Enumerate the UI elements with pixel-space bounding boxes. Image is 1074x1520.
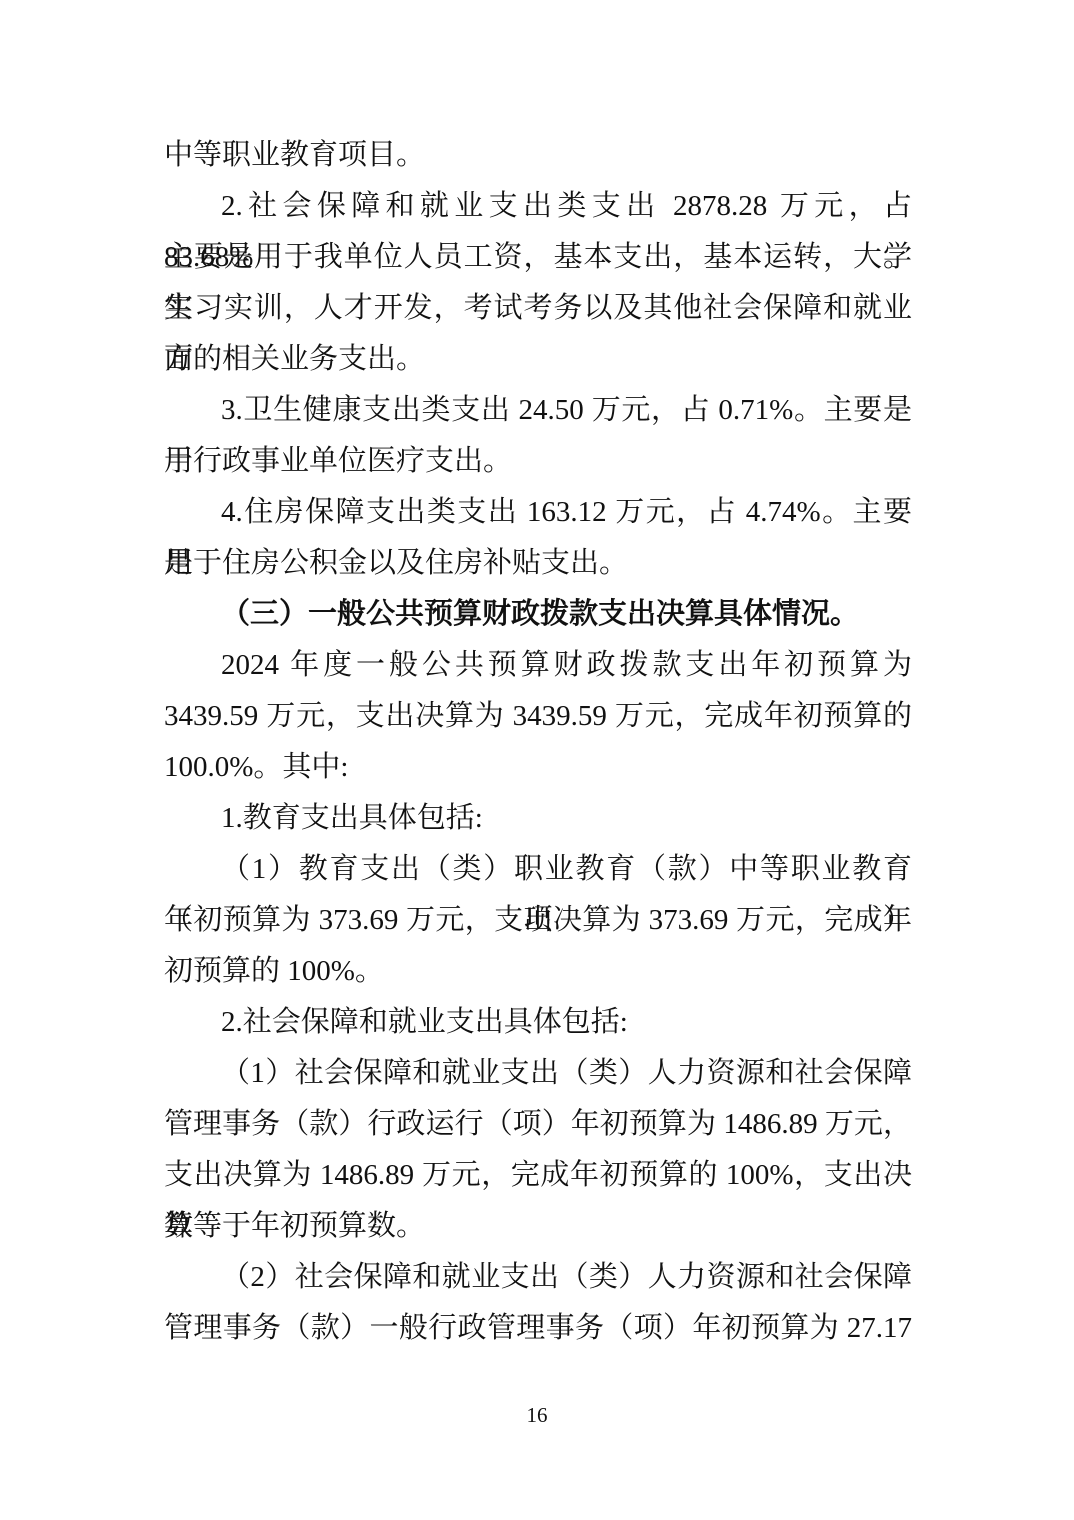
text-line: 管理事务（款）一般行政管理事务（项）年初预算为 27.17	[164, 1303, 912, 1354]
text-line: 主要是用于我单位人员工资，基本支出，基本运转，大学生	[164, 232, 912, 283]
text-line: （1）教育支出（类）职业教育（款）中等职业教育（项）	[164, 844, 912, 895]
text-line: 初预算的 100%。	[164, 946, 912, 997]
document-body: 中等职业教育项目。2.社会保障和就业支出类支出 2878.28 万元，占 83.…	[164, 130, 912, 1354]
text-line: 2.社会保障和就业支出具体包括:	[164, 997, 912, 1048]
text-line: 支出决算为 1486.89 万元，完成年初预算的 100%，支出决算	[164, 1150, 912, 1201]
text-line: （三）一般公共预算财政拨款支出决算具体情况。	[164, 589, 912, 640]
page-number: 16	[0, 1400, 1074, 1430]
text-line: 中等职业教育项目。	[164, 130, 912, 181]
text-line: 1.教育支出具体包括:	[164, 793, 912, 844]
text-line: 面的相关业务支出。	[164, 334, 912, 385]
text-line: （1）社会保障和就业支出（类）人力资源和社会保障	[164, 1048, 912, 1099]
text-line: 用于住房公积金以及住房补贴支出。	[164, 538, 912, 589]
text-line: 2.社会保障和就业支出类支出 2878.28 万元，占 83.68%。	[164, 181, 912, 232]
text-line: 4.住房保障支出类支出 163.12 万元，占 4.74%。主要是	[164, 487, 912, 538]
document-page: 中等职业教育项目。2.社会保障和就业支出类支出 2878.28 万元，占 83.…	[0, 0, 1074, 1520]
text-line: 年初预算为 373.69 万元，支出决算为 373.69 万元，完成年	[164, 895, 912, 946]
text-line: 于行政事业单位医疗支出。	[164, 436, 912, 487]
text-line: 数等于年初预算数。	[164, 1201, 912, 1252]
text-line: 3439.59 万元，支出决算为 3439.59 万元，完成年初预算的	[164, 691, 912, 742]
text-line: 实习实训，人才开发，考试考务以及其他社会保障和就业方	[164, 283, 912, 334]
text-line: （2）社会保障和就业支出（类）人力资源和社会保障	[164, 1252, 912, 1303]
text-line: 管理事务（款）行政运行（项）年初预算为 1486.89 万元，	[164, 1099, 912, 1150]
text-line: 100.0%。其中:	[164, 742, 912, 793]
text-line: 3.卫生健康支出类支出 24.50 万元，占 0.71%。主要是用	[164, 385, 912, 436]
text-line: 2024 年度一般公共预算财政拨款支出年初预算为	[164, 640, 912, 691]
